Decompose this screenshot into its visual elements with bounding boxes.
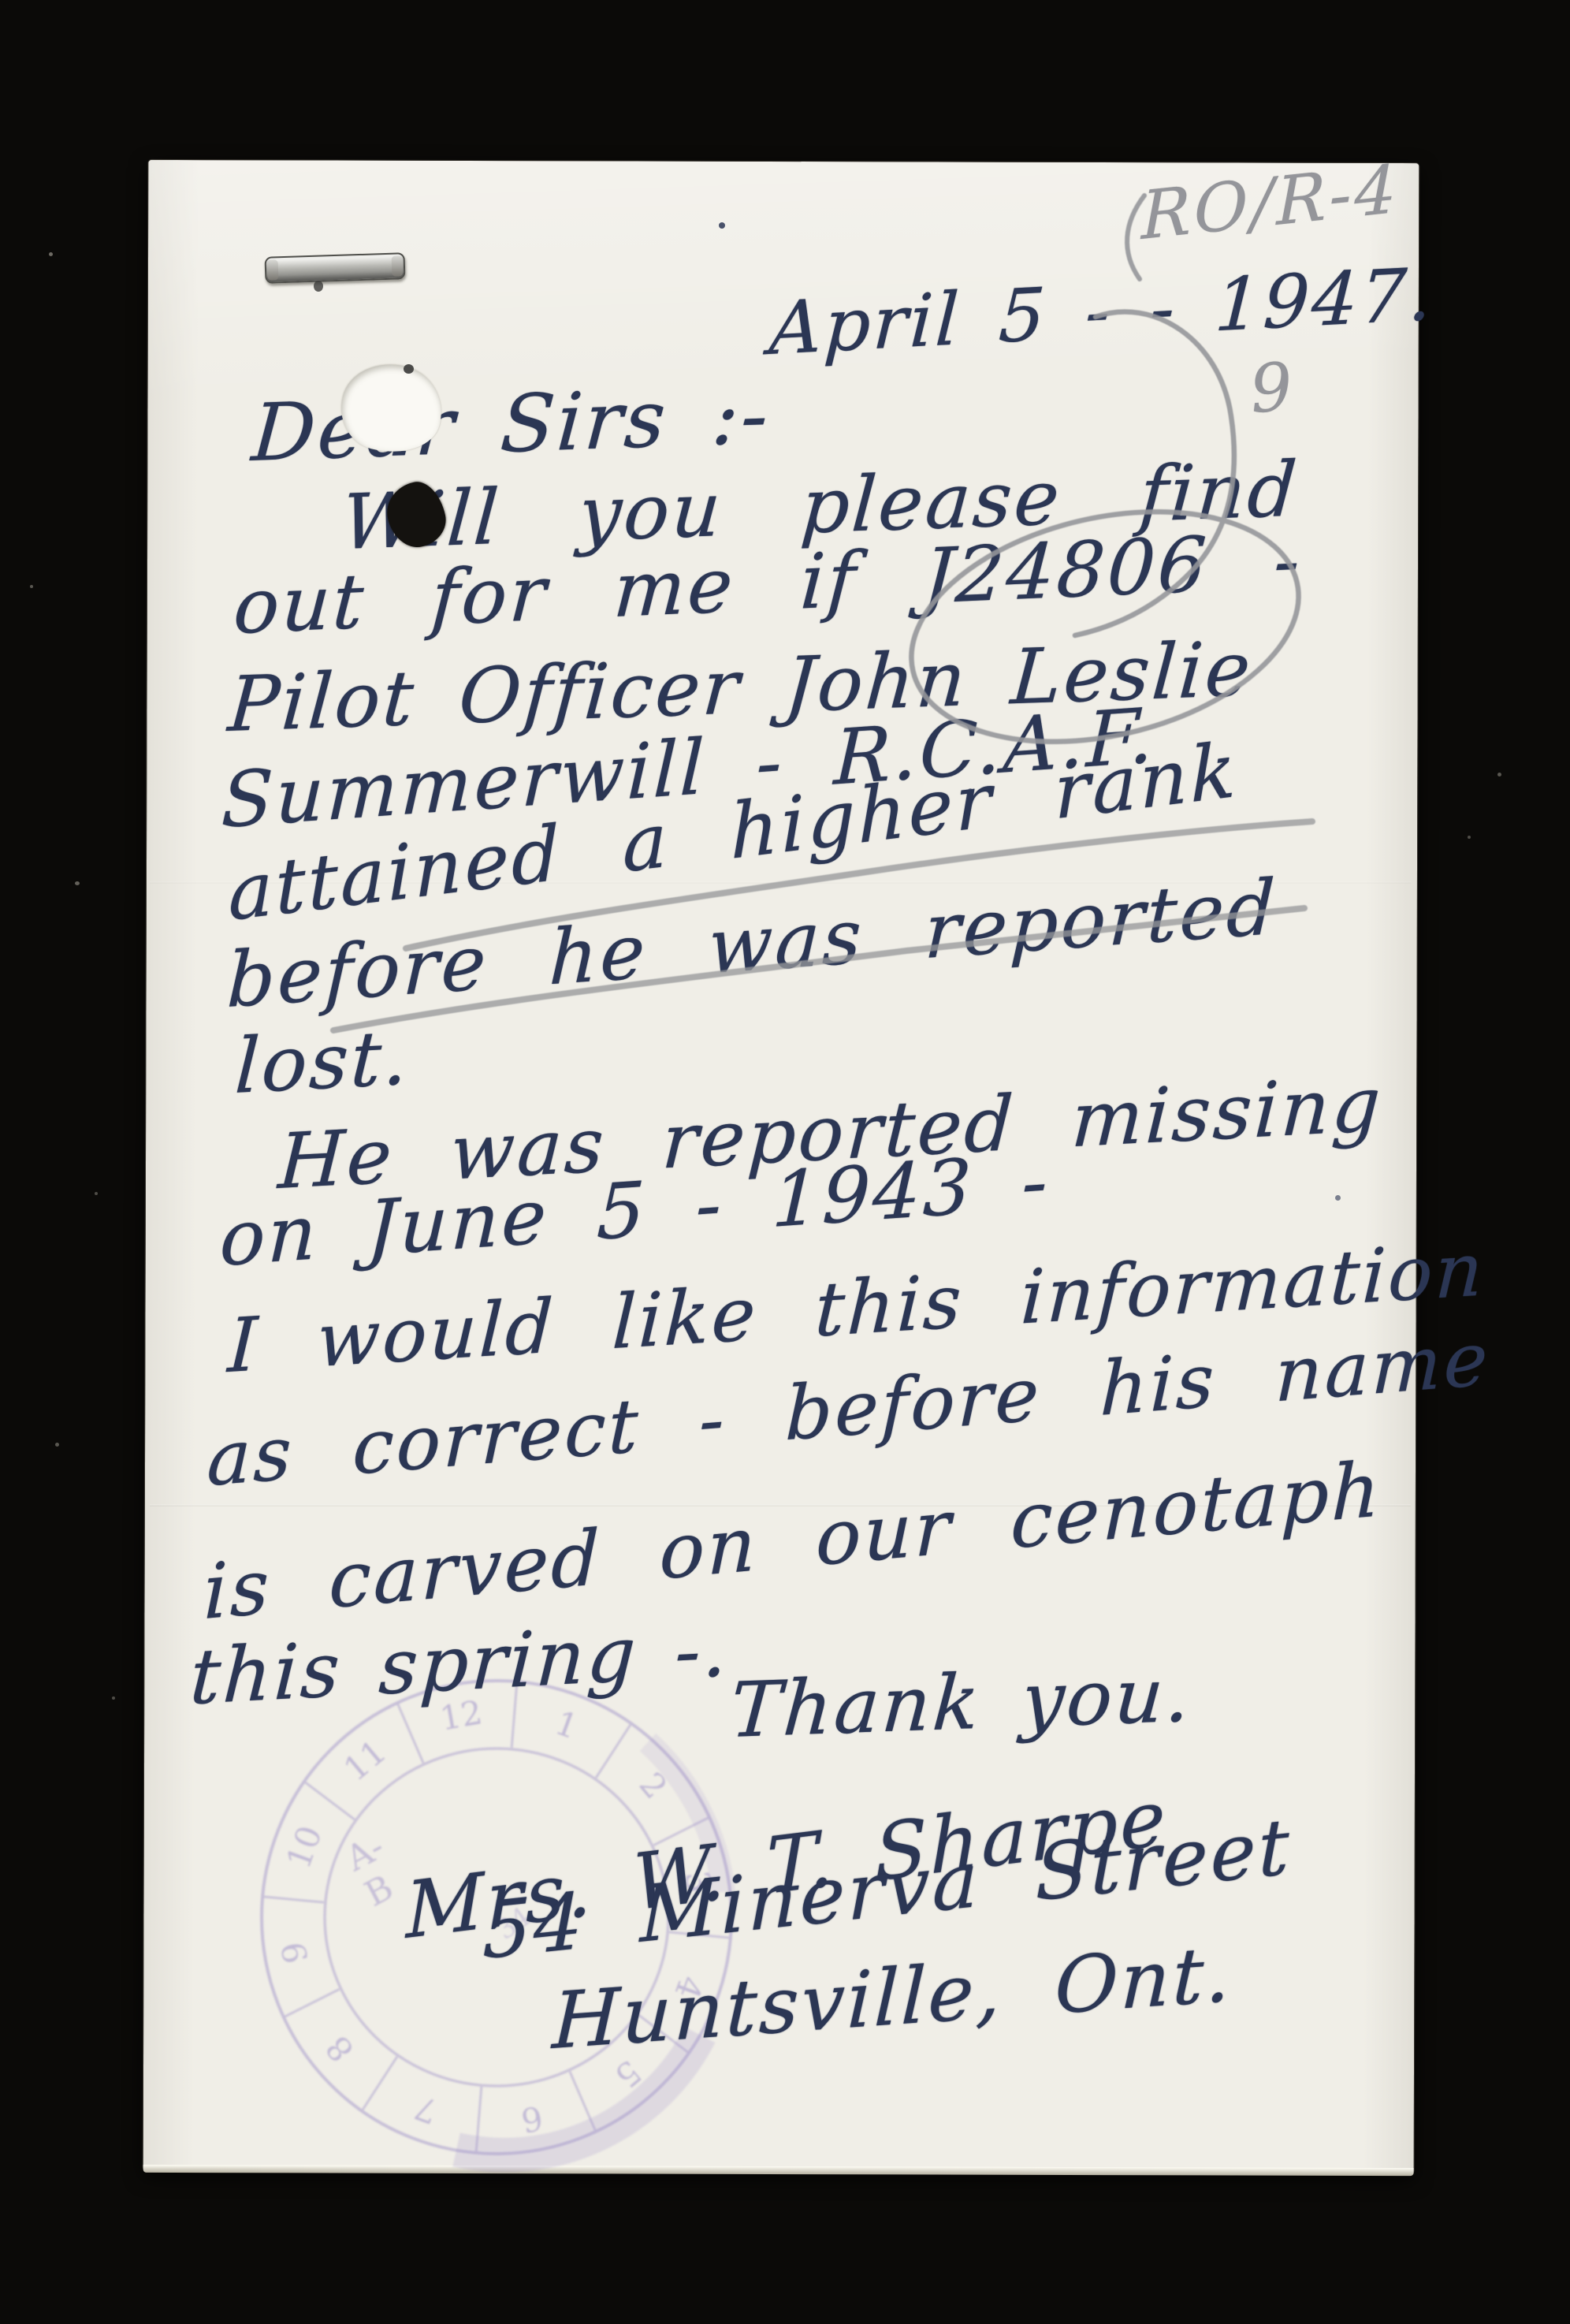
pencil-s-curve (1075, 311, 1234, 635)
paper-hole-speck (404, 364, 414, 374)
pencil-underline-higher-rank (406, 821, 1312, 948)
ink-speck (719, 222, 725, 229)
pencil-marks (0, 0, 1570, 2324)
ink-speck (1335, 1195, 1341, 1201)
staple-leg-mark (314, 281, 323, 292)
pencil-underline-he-was-reported (333, 908, 1304, 1030)
staple (265, 252, 406, 284)
scanned-letter-page: A-B 34 121234567891011 RO/R-4 9 April 5 … (0, 0, 1570, 2324)
pencil-paren-mark (1127, 196, 1144, 279)
ink-speck (968, 788, 973, 793)
